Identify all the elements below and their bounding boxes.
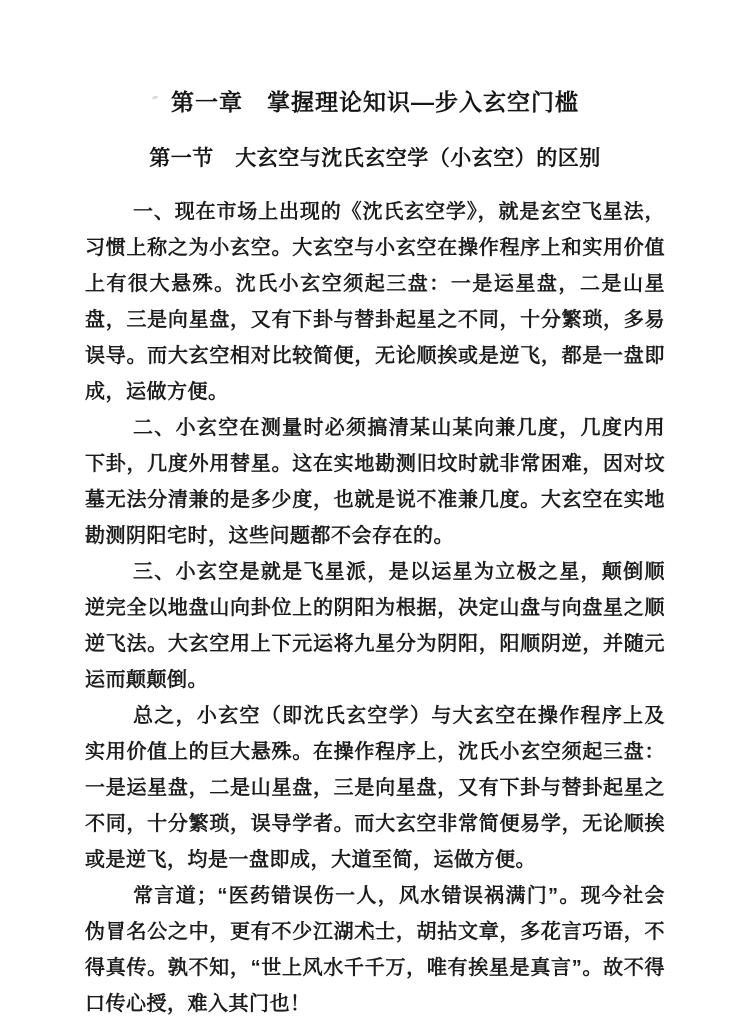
section-title: 第一节 大玄空与沈氏玄空学（小玄空）的区别	[85, 146, 665, 172]
paragraph-1: 一、现在市场上出现的《沈氏玄空学》，就是玄空飞星法，习惯上称之为小玄空。大玄空与…	[85, 194, 665, 410]
paragraph-4: 总之，小玄空（即沈氏玄空学）与大玄空在操作程序上及实用价值上的巨大悬殊。在操作程…	[85, 698, 665, 878]
paragraph-5: 常言道；“医药错误伤一人，风水错误祸满门”。现今社会伪冒名公之中，更有不少江湖术…	[85, 878, 665, 1022]
document-page: 第一章 掌握理论知识—步入玄空门槛 第一节 大玄空与沈氏玄空学（小玄空）的区别 …	[0, 0, 745, 1024]
paragraph-2: 二、小玄空在测量时必须搞清某山某向兼几度，几度内用下卦，几度外用替星。这在实地勘…	[85, 410, 665, 554]
body-text: 一、现在市场上出现的《沈氏玄空学》，就是玄空飞星法，习惯上称之为小玄空。大玄空与…	[85, 194, 665, 1022]
chapter-title: 第一章 掌握理论知识—步入玄空门槛	[85, 88, 665, 116]
paragraph-3: 三、小玄空是就是飞星派，是以运星为立极之星，颠倒顺逆完全以地盘山向卦位上的阴阳为…	[85, 554, 665, 698]
page-number: 1	[0, 928, 745, 945]
